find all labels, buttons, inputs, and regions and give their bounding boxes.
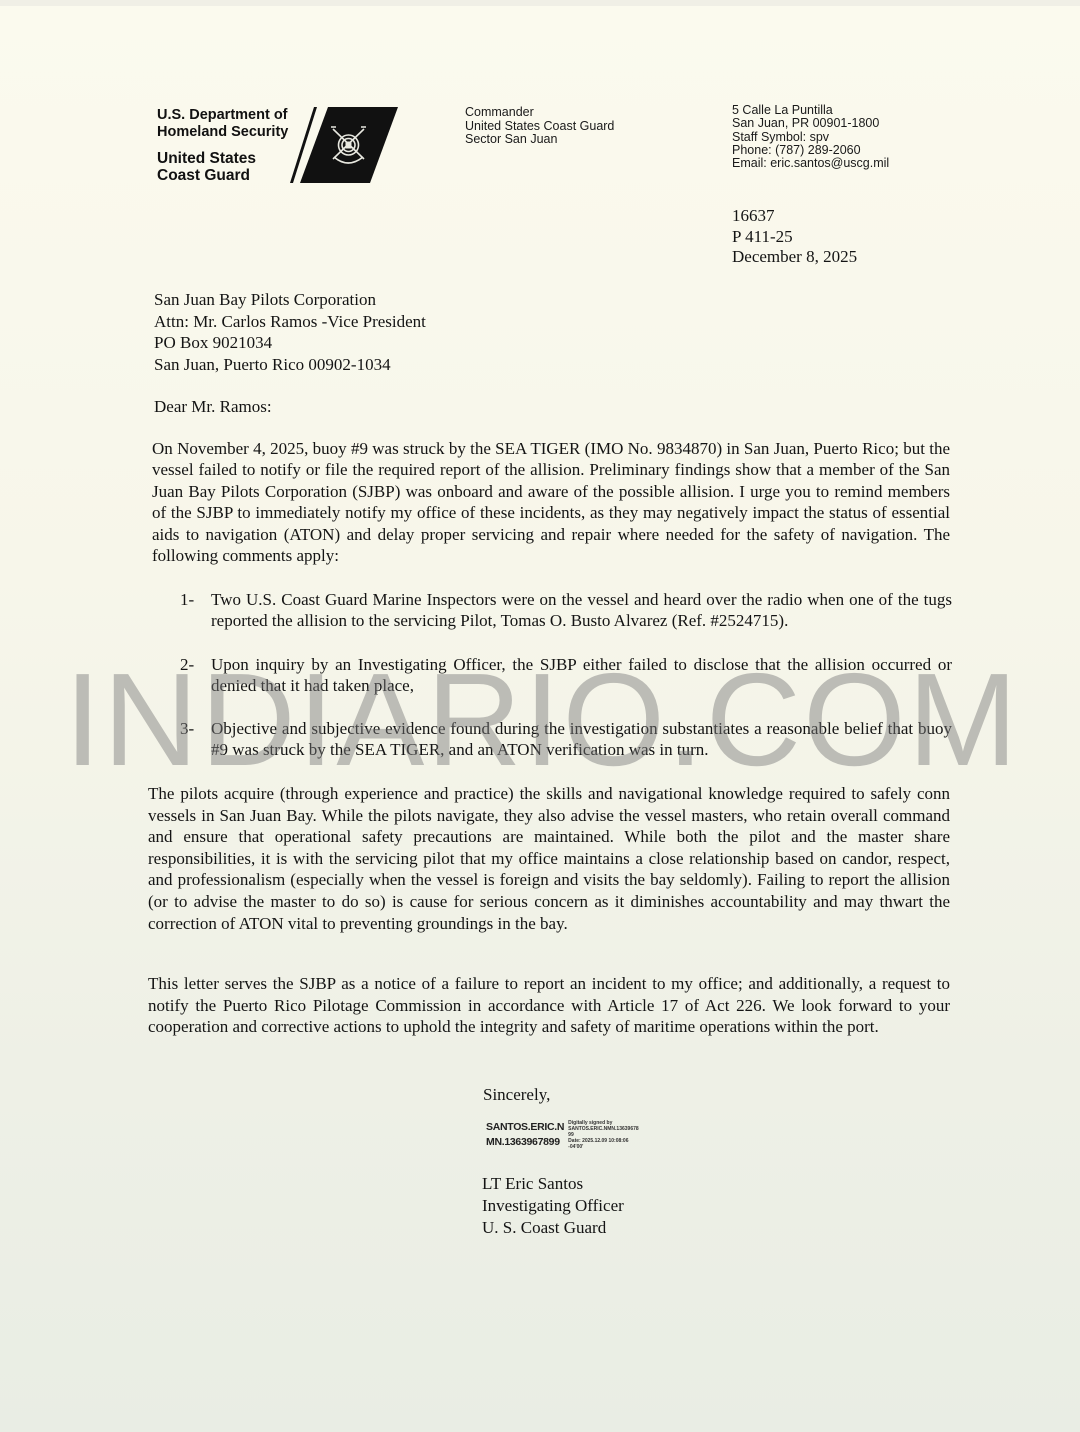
- signature-detail-line: SANTOS.ERIC.NMN.13639678: [568, 1126, 636, 1132]
- sender-address-block: 5 Calle La Puntilla San Juan, PR 00901-1…: [732, 104, 889, 170]
- phone: Phone: (787) 289-2060: [732, 144, 889, 157]
- agency-line2: Coast Guard: [157, 167, 288, 184]
- letter-date: December 8, 2025: [732, 247, 857, 268]
- staff-symbol: Staff Symbol: spv: [732, 131, 889, 144]
- signature-name-line: MN.1363967899: [486, 1135, 564, 1150]
- reference-block: 16637 P 411-25 December 8, 2025: [732, 206, 857, 268]
- address-line: San Juan, PR 00901-1800: [732, 117, 889, 130]
- body-paragraph-3: This letter serves the SJBP as a notice …: [148, 973, 950, 1038]
- letterhead-department: U.S. Department of Homeland Security Uni…: [157, 107, 288, 184]
- comment-text: Objective and subjective evidence found …: [211, 718, 952, 761]
- ssic-number: 16637: [732, 206, 857, 227]
- command-line: Sector San Juan: [465, 133, 614, 147]
- body-paragraph-2: The pilots acquire (through experience a…: [148, 783, 950, 934]
- comment-number: 3-: [180, 718, 211, 761]
- signature-detail-line: -04'00': [568, 1144, 636, 1150]
- comment-item: 3- Objective and subjective evidence fou…: [180, 718, 952, 761]
- salutation: Dear Mr. Ramos:: [154, 397, 272, 417]
- agency-line1: United States: [157, 150, 288, 167]
- coast-guard-emblem-icon: [290, 107, 398, 183]
- command-block: Commander United States Coast Guard Sect…: [465, 106, 614, 147]
- signature-name: SANTOS.ERIC.N MN.1363967899: [486, 1120, 564, 1150]
- department-line2: Homeland Security: [157, 124, 288, 141]
- file-number: P 411-25: [732, 227, 857, 248]
- recipient-address: San Juan Bay Pilots Corporation Attn: Mr…: [154, 289, 426, 375]
- signature-detail: Digitally signed by SANTOS.ERIC.NMN.1363…: [568, 1120, 636, 1150]
- comment-item: 2- Upon inquiry by an Investigating Offi…: [180, 654, 952, 697]
- address-line: 5 Calle La Puntilla: [732, 104, 889, 117]
- comment-item: 1- Two U.S. Coast Guard Marine Inspector…: [180, 589, 952, 632]
- agency-name: United States Coast Guard: [157, 150, 288, 184]
- recipient-line: Attn: Mr. Carlos Ramos -Vice President: [154, 311, 426, 333]
- signer-organization: U. S. Coast Guard: [482, 1217, 624, 1239]
- closing: Sincerely,: [483, 1085, 550, 1105]
- page-top-edge: [0, 0, 1080, 6]
- comment-number: 1-: [180, 589, 211, 632]
- comment-text: Two U.S. Coast Guard Marine Inspectors w…: [211, 589, 952, 632]
- signature-name-line: SANTOS.ERIC.N: [486, 1120, 564, 1135]
- digital-signature: SANTOS.ERIC.N MN.1363967899 Digitally si…: [486, 1120, 636, 1150]
- recipient-line: San Juan Bay Pilots Corporation: [154, 289, 426, 311]
- command-line: United States Coast Guard: [465, 120, 614, 134]
- email: Email: eric.santos@uscg.mil: [732, 157, 889, 170]
- command-line: Commander: [465, 106, 614, 120]
- signer-block: LT Eric Santos Investigating Officer U. …: [482, 1173, 624, 1239]
- comment-number: 2-: [180, 654, 211, 697]
- body-paragraph-1: On November 4, 2025, buoy #9 was struck …: [152, 438, 950, 566]
- recipient-line: San Juan, Puerto Rico 00902-1034: [154, 354, 426, 376]
- recipient-line: PO Box 9021034: [154, 332, 426, 354]
- signer-title: Investigating Officer: [482, 1195, 624, 1217]
- comment-text: Upon inquiry by an Investigating Officer…: [211, 654, 952, 697]
- signer-name: LT Eric Santos: [482, 1173, 624, 1195]
- department-line1: U.S. Department of: [157, 107, 288, 124]
